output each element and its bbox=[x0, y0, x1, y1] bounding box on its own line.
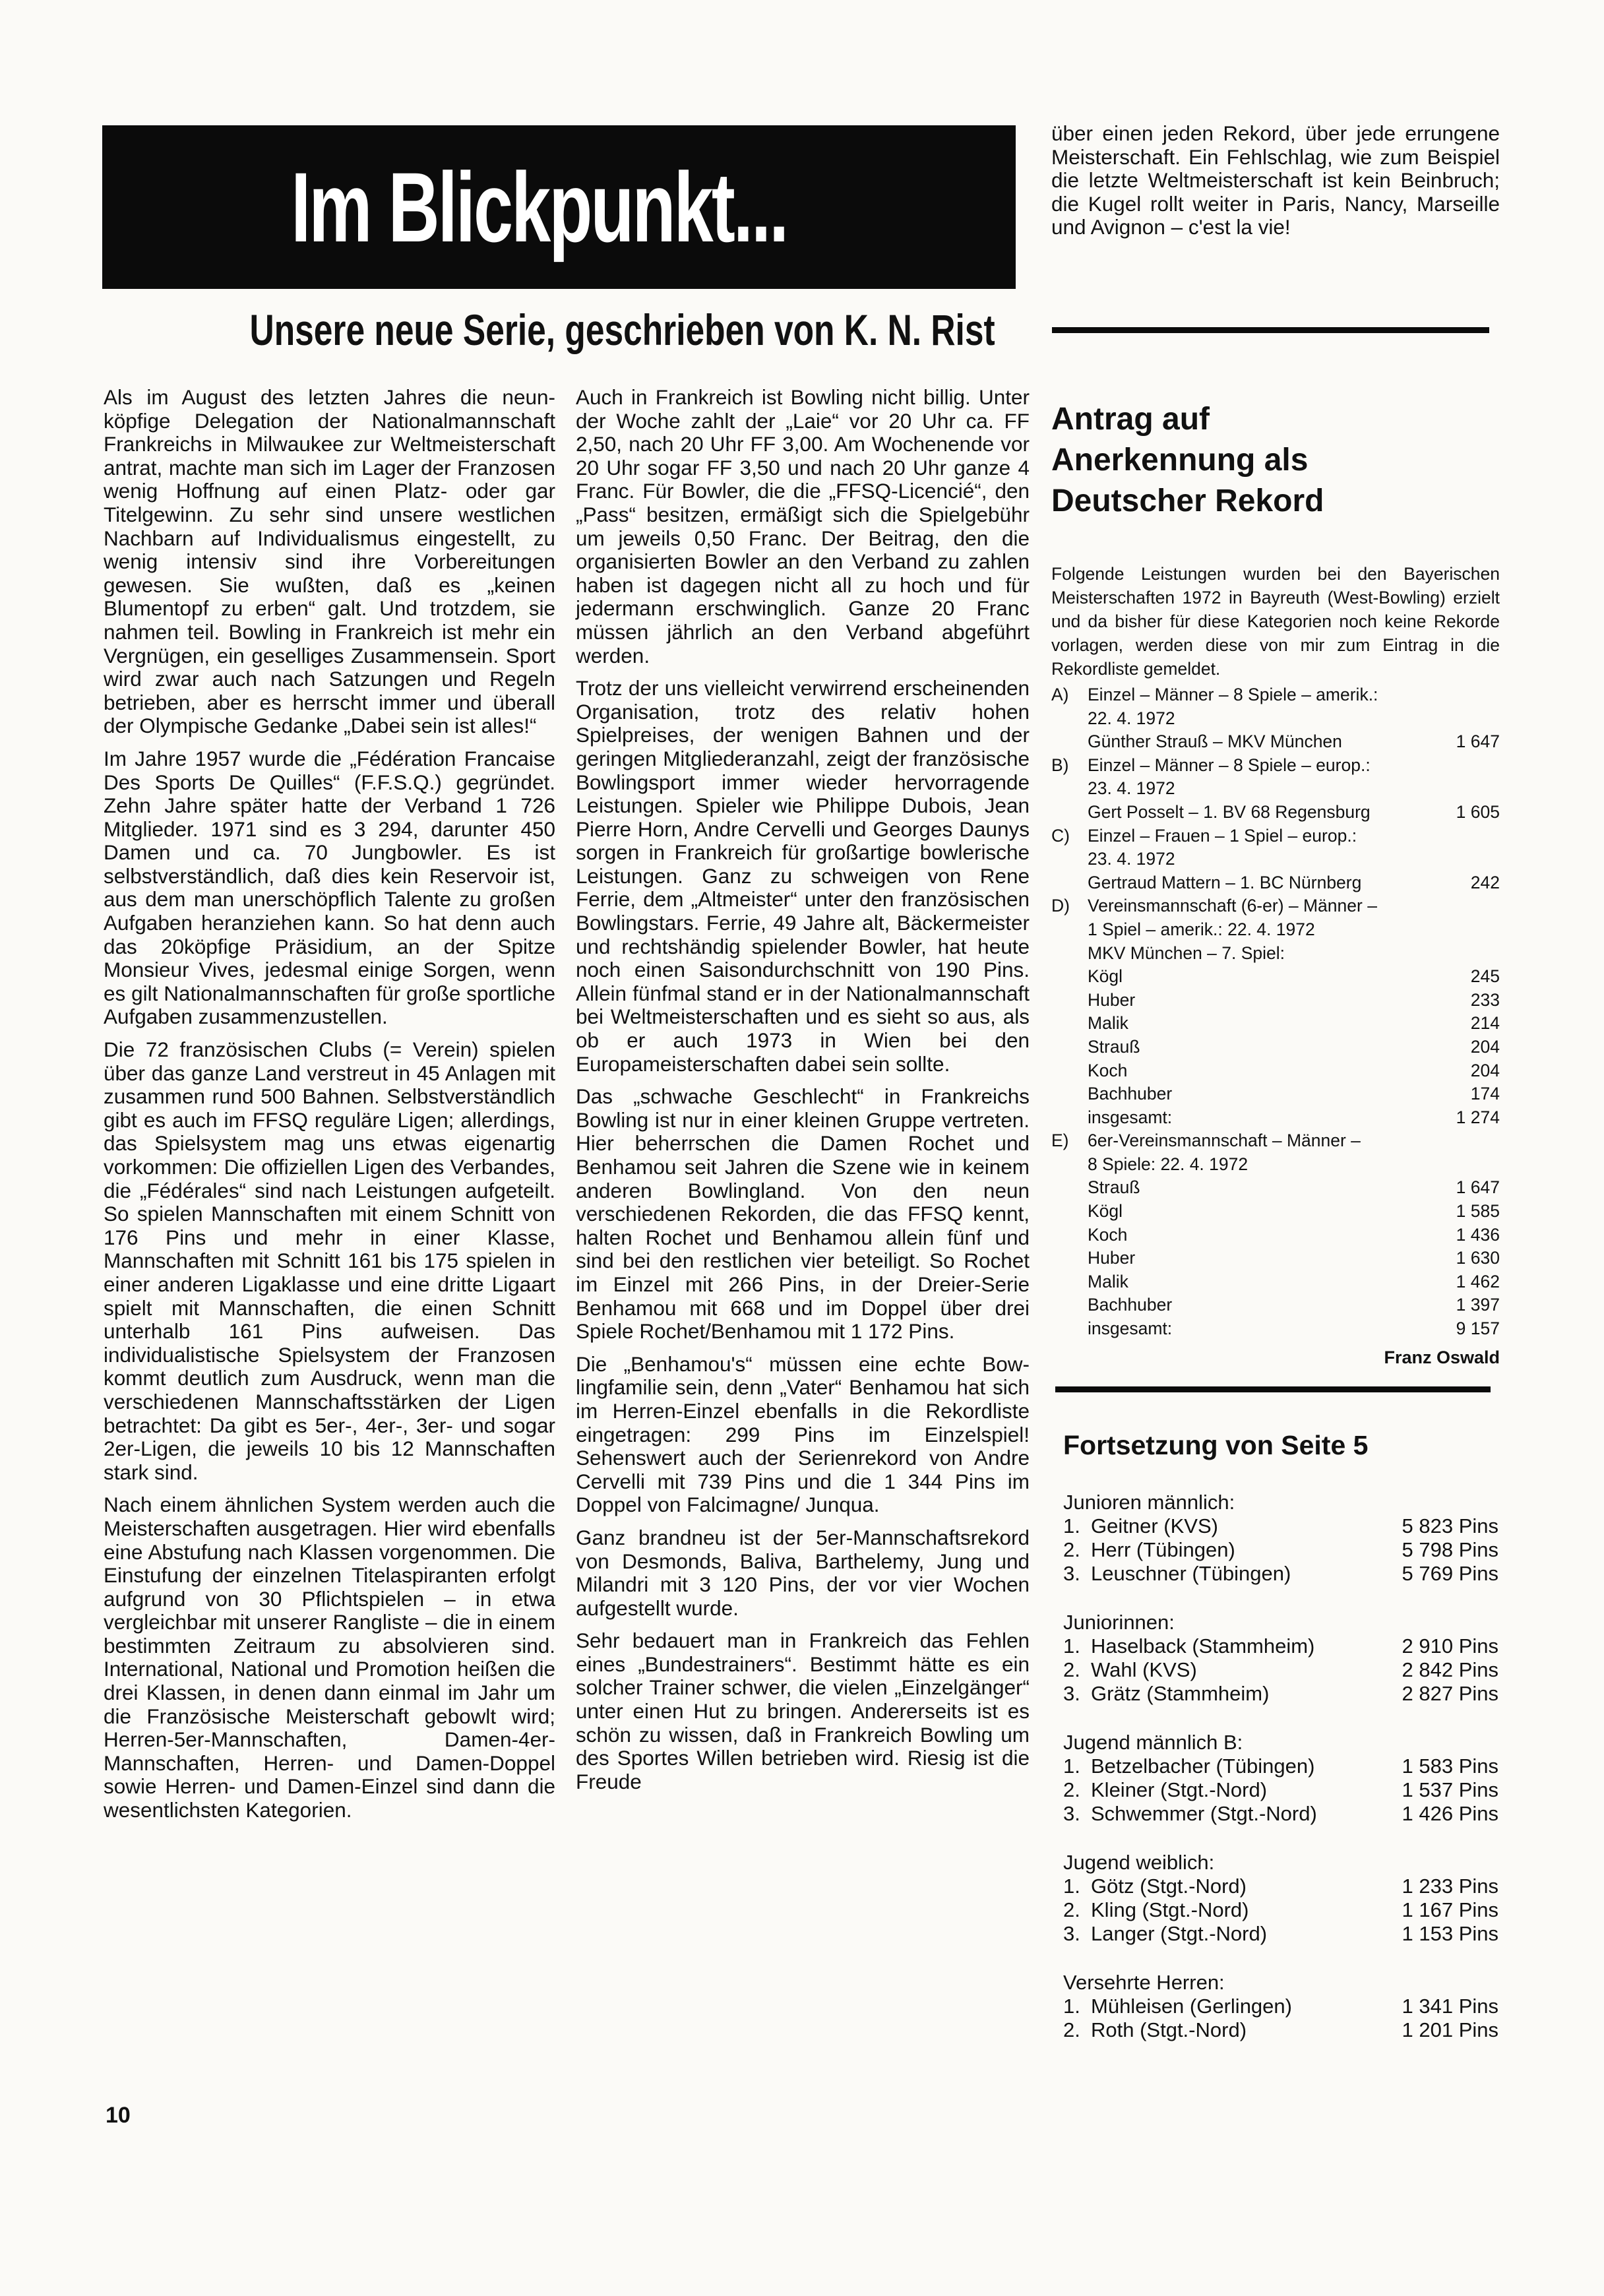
antrag-title: Antrag auf Anerkennung als Deutscher Rek… bbox=[1051, 399, 1487, 522]
record-entry: Günther Strauß – MKV München 1 647 bbox=[1088, 730, 1500, 754]
section-divider bbox=[1052, 327, 1489, 333]
score: 5 769 Pins bbox=[1386, 1562, 1498, 1586]
score: 1 583 Pins bbox=[1386, 1754, 1498, 1778]
record-item: D) Vereinsmannschaft (6-er) – Männer – 1… bbox=[1051, 894, 1500, 1129]
score: 5 798 Pins bbox=[1386, 1538, 1498, 1562]
group-label: Juniorinnen: bbox=[1063, 1611, 1498, 1634]
player-name: Langer (Stgt.-Nord) bbox=[1091, 1922, 1386, 1946]
paragraph: Ganz brandneu ist der 5er-Mannschaftsre­… bbox=[576, 1526, 1030, 1620]
entry-value: 1 436 bbox=[1456, 1224, 1500, 1247]
rank: 3. bbox=[1063, 1682, 1091, 1706]
article-column-2: Auch in Frankreich ist Bowling nicht bil… bbox=[576, 386, 1030, 1803]
entry-name: Kögl bbox=[1088, 965, 1123, 989]
entry-value: 1 647 bbox=[1456, 1176, 1500, 1200]
player-name: Betzelbacher (Tübingen) bbox=[1091, 1754, 1386, 1778]
score: 1 233 Pins bbox=[1386, 1875, 1498, 1898]
entry-value: 1 630 bbox=[1456, 1247, 1500, 1270]
paragraph: Auch in Frankreich ist Bowling nicht bil… bbox=[576, 386, 1030, 667]
record-letter: C) bbox=[1051, 824, 1088, 895]
article-continuation: über einen jeden Rekord, über jede errun… bbox=[1051, 122, 1500, 249]
rank: 2. bbox=[1063, 1658, 1091, 1682]
record-category: Einzel – Männer – 8 Spiele – amerik.: bbox=[1088, 683, 1500, 707]
record-item: A) Einzel – Männer – 8 Spiele – amerik.:… bbox=[1051, 683, 1500, 754]
result-row: 2.Roth (Stgt.-Nord)1 201 Pins bbox=[1063, 2018, 1498, 2042]
record-entry: Strauß204 bbox=[1088, 1036, 1500, 1059]
entry-name: Malik bbox=[1088, 1270, 1128, 1294]
page-number: 10 bbox=[106, 2103, 131, 2128]
rank: 2. bbox=[1063, 1898, 1091, 1922]
paragraph: Trotz der uns vielleicht verwirrend ersc… bbox=[576, 677, 1030, 1076]
group-label: Jugend weiblich: bbox=[1063, 1851, 1498, 1875]
rank: 1. bbox=[1063, 1754, 1091, 1778]
entry-name: Bachhuber bbox=[1088, 1293, 1172, 1317]
result-row: 2.Kleiner (Stgt.-Nord)1 537 Pins bbox=[1063, 1778, 1498, 1802]
score: 1 537 Pins bbox=[1386, 1778, 1498, 1802]
score: 1 153 Pins bbox=[1386, 1922, 1498, 1946]
rank: 2. bbox=[1063, 2018, 1091, 2042]
player-name: Geitner (KVS) bbox=[1091, 1514, 1386, 1538]
record-total: insgesamt:9 157 bbox=[1088, 1317, 1500, 1341]
entry-value: 204 bbox=[1471, 1059, 1500, 1083]
record-date: 8 Spiele: 22. 4. 1972 bbox=[1088, 1153, 1500, 1177]
score: 1 426 Pins bbox=[1386, 1802, 1498, 1826]
record-entry: Bachhuber1 397 bbox=[1088, 1293, 1500, 1317]
results-group: Jugend weiblich: 1.Götz (Stgt.-Nord)1 23… bbox=[1063, 1851, 1498, 1946]
player-name: Kling (Stgt.-Nord) bbox=[1091, 1898, 1386, 1922]
record-entry: Koch204 bbox=[1088, 1059, 1500, 1083]
rank: 1. bbox=[1063, 1514, 1091, 1538]
entry-name: Kögl bbox=[1088, 1200, 1123, 1224]
author-signature: Franz Oswald bbox=[1051, 1346, 1500, 1370]
result-row: 1.Götz (Stgt.-Nord)1 233 Pins bbox=[1063, 1875, 1498, 1898]
antrag-title-line: Antrag auf bbox=[1051, 399, 1487, 440]
results-group: Versehrte Herren: 1.Mühleisen (Gerlingen… bbox=[1063, 1971, 1498, 2042]
results-group: Junioren männlich: 1.Geitner (KVS)5 823 … bbox=[1063, 1491, 1498, 1586]
entry-value: 245 bbox=[1471, 965, 1500, 989]
player-name: Mühleisen (Gerlingen) bbox=[1091, 1995, 1386, 2018]
entry-name: Huber bbox=[1088, 989, 1135, 1012]
article-column-1: Als im August des letzten Jahres die neu… bbox=[104, 386, 555, 1832]
score: 1 167 Pins bbox=[1386, 1898, 1498, 1922]
fortsetzung-title: Fortsetzung von Seite 5 bbox=[1063, 1430, 1492, 1461]
entry-name: insgesamt: bbox=[1088, 1106, 1172, 1130]
record-category: Einzel – Frauen – 1 Spiel – europ.: bbox=[1088, 824, 1500, 848]
results-list: Junioren männlich: 1.Geitner (KVS)5 823 … bbox=[1063, 1491, 1498, 2067]
paragraph: Sehr bedauert man in Frankreich das Fehl… bbox=[576, 1629, 1030, 1793]
record-entry: Gert Posselt – 1. BV 68 Regensburg 1 605 bbox=[1088, 801, 1500, 824]
result-row: 1.Geitner (KVS)5 823 Pins bbox=[1063, 1514, 1498, 1538]
title-banner: Im Blickpunkt... bbox=[102, 125, 1016, 289]
entry-value: 233 bbox=[1471, 989, 1500, 1012]
record-date: 23. 4. 1972 bbox=[1088, 848, 1500, 871]
result-row: 3.Schwemmer (Stgt.-Nord)1 426 Pins bbox=[1063, 1802, 1498, 1826]
antrag-title-line: Anerkennung als bbox=[1051, 440, 1487, 481]
player-name: Grätz (Stammheim) bbox=[1091, 1682, 1386, 1706]
rank: 1. bbox=[1063, 1875, 1091, 1898]
entry-value: 214 bbox=[1471, 1012, 1500, 1036]
entry-value: 1 397 bbox=[1456, 1293, 1500, 1317]
results-group: Jugend männlich B: 1.Betzelbacher (Tübin… bbox=[1063, 1731, 1498, 1826]
result-row: 3.Leuschner (Tübingen)5 769 Pins bbox=[1063, 1562, 1498, 1586]
player-name: Kleiner (Stgt.-Nord) bbox=[1091, 1778, 1386, 1802]
group-label: Junioren männlich: bbox=[1063, 1491, 1498, 1514]
entry-name: Günther Strauß – MKV München bbox=[1088, 730, 1342, 754]
rank: 1. bbox=[1063, 1634, 1091, 1658]
record-date: 1 Spiel – amerik.: 22. 4. 1972 bbox=[1088, 918, 1500, 942]
player-name: Wahl (KVS) bbox=[1091, 1658, 1386, 1682]
antrag-intro: Folgende Leistungen wurden bei den Bayer… bbox=[1051, 562, 1500, 681]
result-row: 2.Herr (Tübingen)5 798 Pins bbox=[1063, 1538, 1498, 1562]
record-category: Einzel – Männer – 8 Spiele – europ.: bbox=[1088, 754, 1500, 778]
paragraph: über einen jeden Rekord, über jede errun… bbox=[1051, 122, 1500, 239]
result-row: 2.Kling (Stgt.-Nord)1 167 Pins bbox=[1063, 1898, 1498, 1922]
entry-value: 242 bbox=[1471, 871, 1500, 895]
score: 1 201 Pins bbox=[1386, 2018, 1498, 2042]
entry-name: Strauß bbox=[1088, 1036, 1140, 1059]
record-entry: Huber233 bbox=[1088, 989, 1500, 1012]
record-entry: Malik214 bbox=[1088, 1012, 1500, 1036]
record-date: 23. 4. 1972 bbox=[1088, 777, 1500, 801]
player-name: Herr (Tübingen) bbox=[1091, 1538, 1386, 1562]
record-entry: Kögl245 bbox=[1088, 965, 1500, 989]
result-row: 3.Langer (Stgt.-Nord)1 153 Pins bbox=[1063, 1922, 1498, 1946]
record-entry: Kögl1 585 bbox=[1088, 1200, 1500, 1224]
record-entry: Bachhuber174 bbox=[1088, 1082, 1500, 1106]
record-date: 22. 4. 1972 bbox=[1088, 707, 1500, 731]
entry-value: 204 bbox=[1471, 1036, 1500, 1059]
record-list: A) Einzel – Männer – 8 Spiele – amerik.:… bbox=[1051, 683, 1500, 1369]
entry-value: 9 157 bbox=[1456, 1317, 1500, 1341]
entry-name: insgesamt: bbox=[1088, 1317, 1172, 1341]
result-row: 1.Betzelbacher (Tübingen)1 583 Pins bbox=[1063, 1754, 1498, 1778]
record-item: E) 6er-Vereinsmannschaft – Männer – 8 Sp… bbox=[1051, 1129, 1500, 1340]
paragraph: Die 72 französischen Clubs (= Verein) sp… bbox=[104, 1038, 555, 1484]
record-category: Vereinsmannschaft (6-er) – Männer – bbox=[1088, 894, 1500, 918]
record-item: B) Einzel – Männer – 8 Spiele – europ.: … bbox=[1051, 754, 1500, 824]
entry-value: 1 274 bbox=[1456, 1106, 1500, 1130]
record-item: C) Einzel – Frauen – 1 Spiel – europ.: 2… bbox=[1051, 824, 1500, 895]
record-category: 6er-Vereinsmannschaft – Männer – bbox=[1088, 1129, 1500, 1153]
result-row: 1.Haselback (Stammheim)2 910 Pins bbox=[1063, 1634, 1498, 1658]
entry-name: Huber bbox=[1088, 1247, 1135, 1270]
record-entry: Gertraud Mattern – 1. BC Nürnberg 242 bbox=[1088, 871, 1500, 895]
paragraph: Nach einem ähnlichen System werden auch … bbox=[104, 1493, 555, 1822]
player-name: Schwemmer (Stgt.-Nord) bbox=[1091, 1802, 1386, 1826]
paragraph: Im Jahre 1957 wurde die „Fédération Fran… bbox=[104, 747, 555, 1029]
score: 5 823 Pins bbox=[1386, 1514, 1498, 1538]
paragraph: Die „Benhamou's“ müssen eine echte Bow­l… bbox=[576, 1353, 1030, 1517]
score: 2 827 Pins bbox=[1386, 1682, 1498, 1706]
rank: 3. bbox=[1063, 1922, 1091, 1946]
antrag-title-line: Deutscher Rekord bbox=[1051, 481, 1487, 522]
paragraph: Als im August des letzten Jahres die neu… bbox=[104, 386, 555, 738]
entry-name: Koch bbox=[1088, 1224, 1127, 1247]
entry-value: 174 bbox=[1471, 1082, 1500, 1106]
record-team: MKV München – 7. Spiel: bbox=[1088, 942, 1500, 966]
record-total: insgesamt:1 274 bbox=[1088, 1106, 1500, 1130]
entry-name: Bachhuber bbox=[1088, 1082, 1172, 1106]
record-letter: E) bbox=[1051, 1129, 1088, 1340]
result-row: 2.Wahl (KVS)2 842 Pins bbox=[1063, 1658, 1498, 1682]
entry-name: Malik bbox=[1088, 1012, 1128, 1036]
record-entry: Koch1 436 bbox=[1088, 1224, 1500, 1247]
section-divider bbox=[1055, 1386, 1491, 1392]
score: 2 842 Pins bbox=[1386, 1658, 1498, 1682]
result-row: 3.Grätz (Stammheim)2 827 Pins bbox=[1063, 1682, 1498, 1706]
rank: 1. bbox=[1063, 1995, 1091, 2018]
rank: 2. bbox=[1063, 1538, 1091, 1562]
record-letter: B) bbox=[1051, 754, 1088, 824]
score: 1 341 Pins bbox=[1386, 1995, 1498, 2018]
entry-value: 1 585 bbox=[1456, 1200, 1500, 1224]
article-subtitle: Unsere neue Serie, geschrieben von K. N.… bbox=[208, 305, 962, 355]
group-label: Jugend männlich B: bbox=[1063, 1731, 1498, 1754]
rank: 2. bbox=[1063, 1778, 1091, 1802]
player-name: Götz (Stgt.-Nord) bbox=[1091, 1875, 1386, 1898]
score: 2 910 Pins bbox=[1386, 1634, 1498, 1658]
group-label: Versehrte Herren: bbox=[1063, 1971, 1498, 1995]
rank: 3. bbox=[1063, 1562, 1091, 1586]
paragraph: Das „schwache Geschlecht“ in Frankreichs… bbox=[576, 1085, 1030, 1344]
page-title: Im Blickpunkt... bbox=[291, 150, 787, 264]
record-letter: D) bbox=[1051, 894, 1088, 1129]
rank: 3. bbox=[1063, 1802, 1091, 1826]
entry-value: 1 647 bbox=[1456, 730, 1500, 754]
entry-name: Gert Posselt – 1. BV 68 Regensburg bbox=[1088, 801, 1371, 824]
entry-value: 1 605 bbox=[1456, 801, 1500, 824]
entry-name: Gertraud Mattern – 1. BC Nürnberg bbox=[1088, 871, 1361, 895]
player-name: Haselback (Stammheim) bbox=[1091, 1634, 1386, 1658]
record-letter: A) bbox=[1051, 683, 1088, 754]
player-name: Leuschner (Tübingen) bbox=[1091, 1562, 1386, 1586]
record-entry: Huber1 630 bbox=[1088, 1247, 1500, 1270]
record-entry: Malik1 462 bbox=[1088, 1270, 1500, 1294]
entry-value: 1 462 bbox=[1456, 1270, 1500, 1294]
results-group: Juniorinnen: 1.Haselback (Stammheim)2 91… bbox=[1063, 1611, 1498, 1706]
entry-name: Strauß bbox=[1088, 1176, 1140, 1200]
player-name: Roth (Stgt.-Nord) bbox=[1091, 2018, 1386, 2042]
record-entry: Strauß1 647 bbox=[1088, 1176, 1500, 1200]
result-row: 1.Mühleisen (Gerlingen)1 341 Pins bbox=[1063, 1995, 1498, 2018]
entry-name: Koch bbox=[1088, 1059, 1127, 1083]
